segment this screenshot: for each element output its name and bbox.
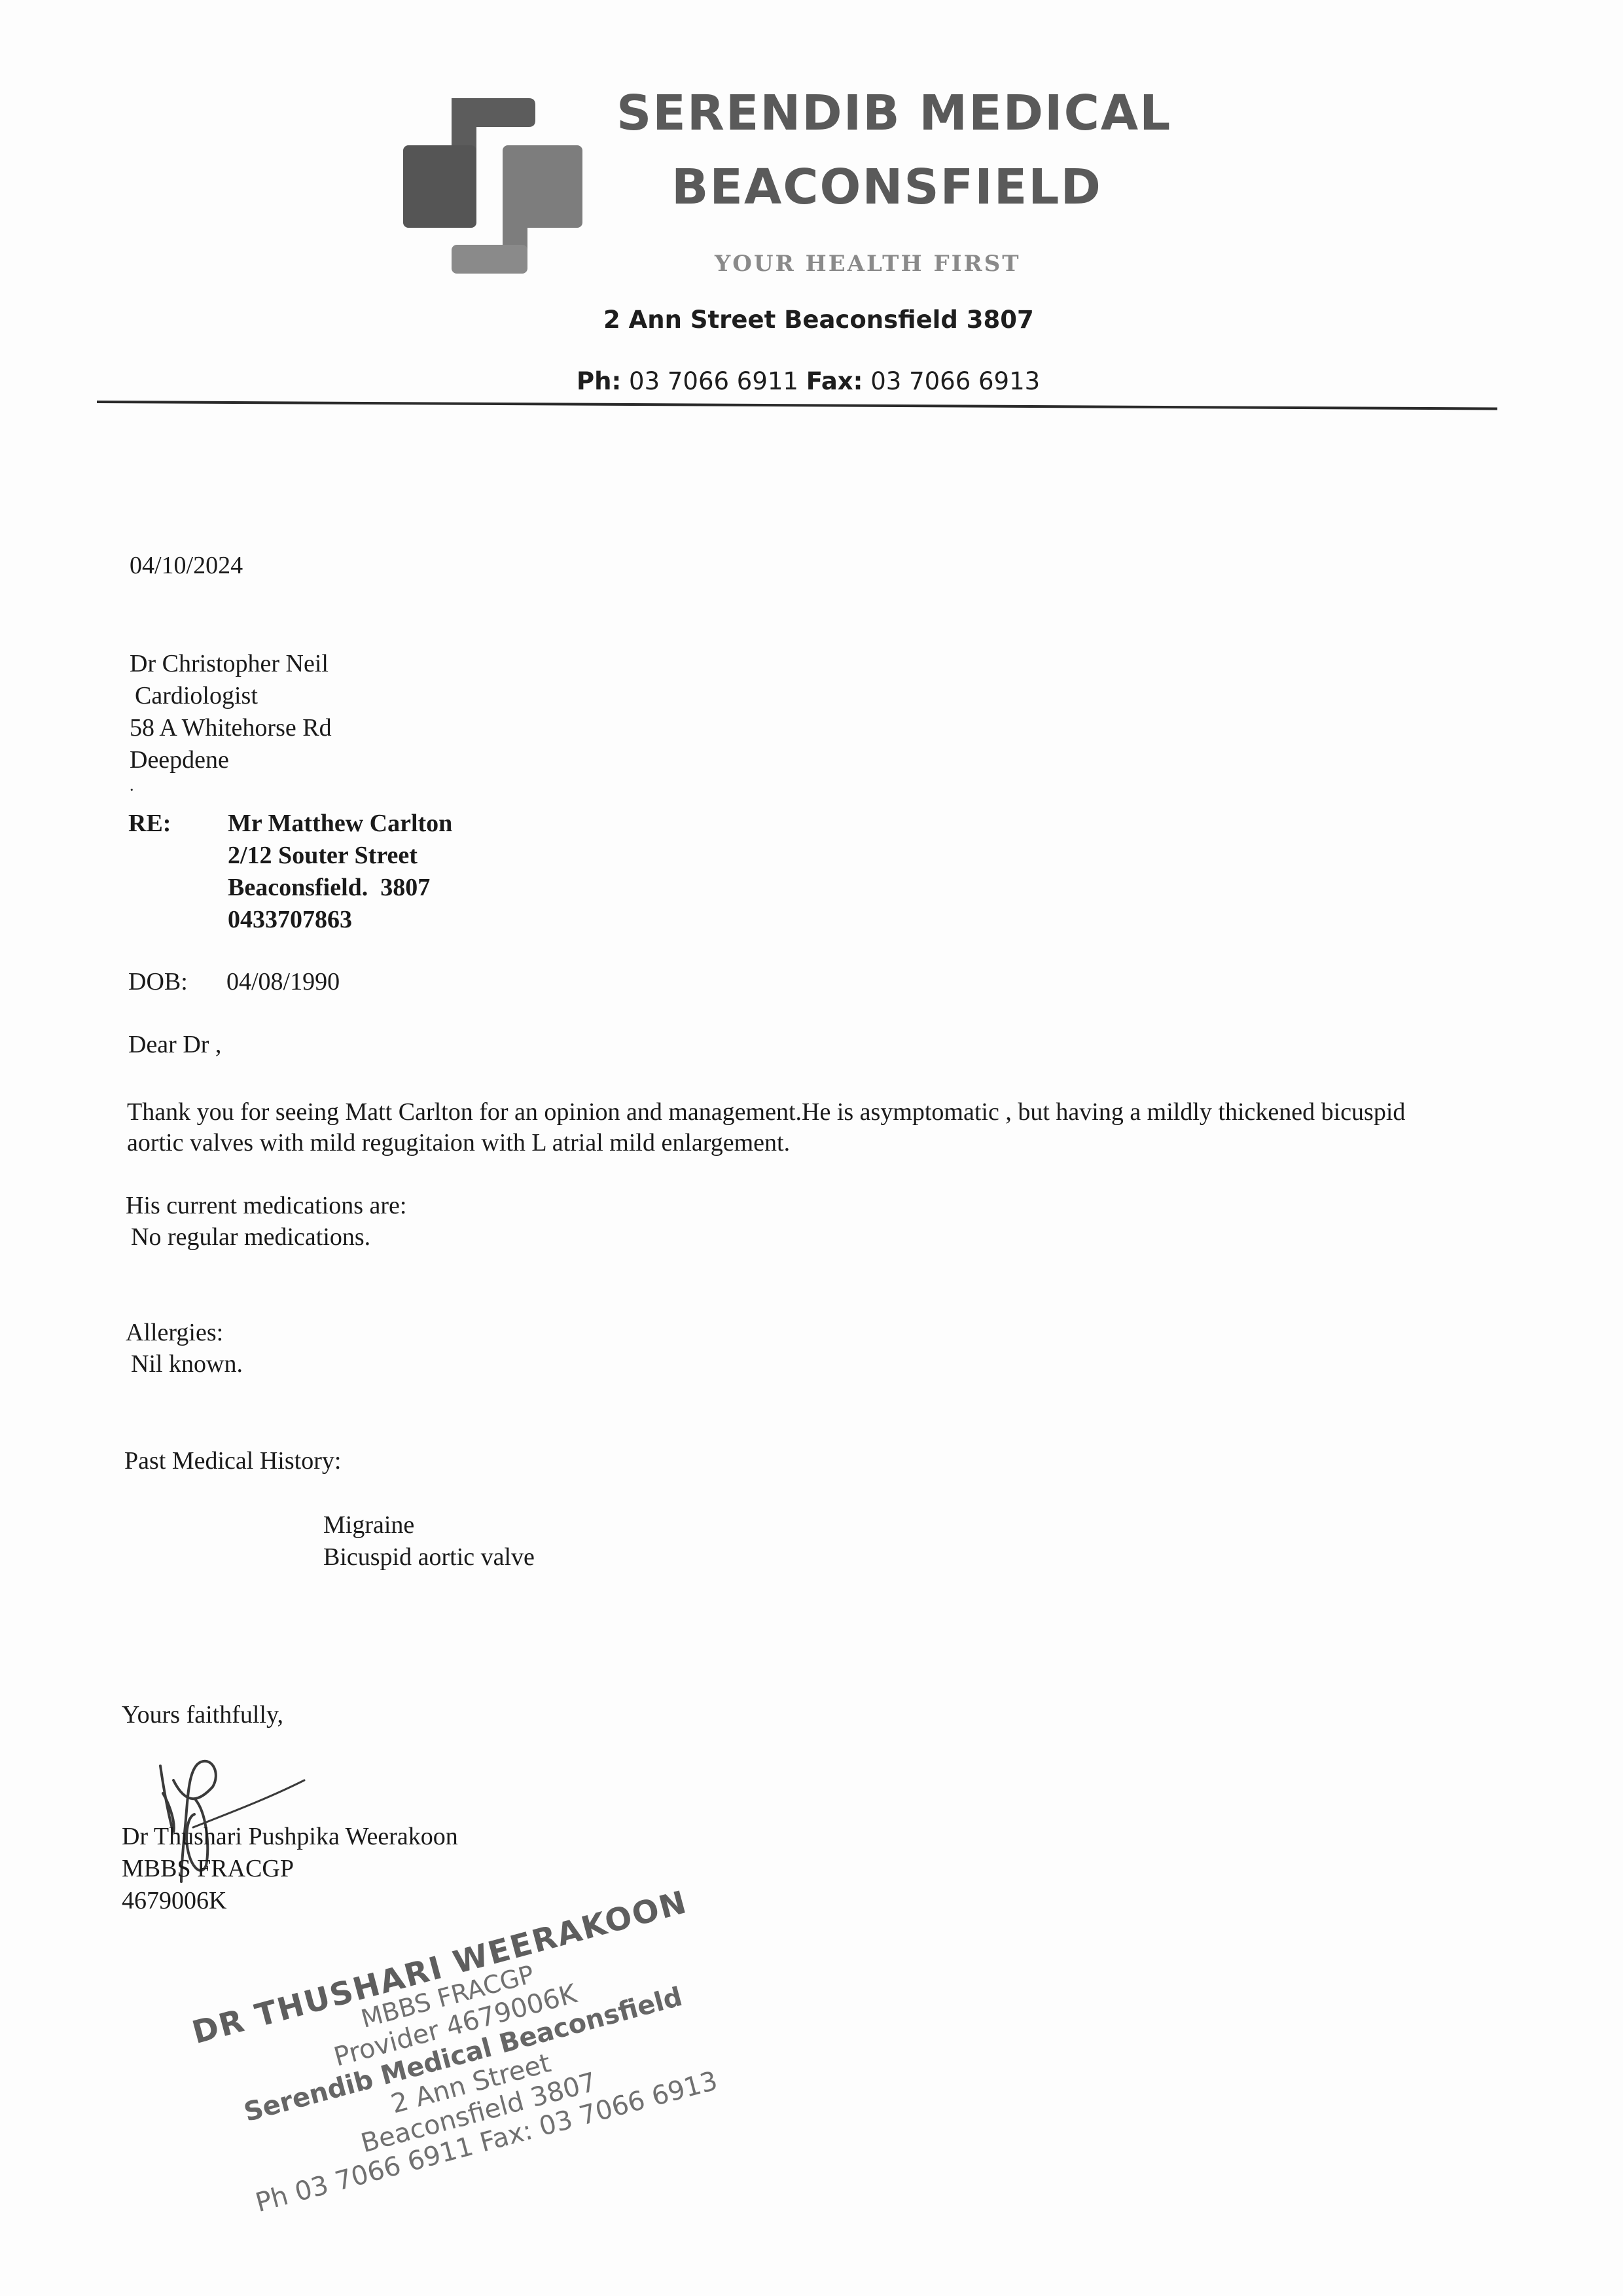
closing: Yours faithfully, bbox=[122, 1699, 283, 1731]
phone-label: Ph: bbox=[577, 367, 621, 395]
fax-label: Fax: bbox=[806, 367, 863, 395]
doctor-rubber-stamp: DR THUSHARI WEERAKOON MBBS FRACGP Provid… bbox=[177, 1884, 749, 2226]
dob-label: DOB: bbox=[128, 966, 188, 998]
salutation: Dear Dr , bbox=[128, 1029, 221, 1061]
medications-value: No regular medications. bbox=[131, 1221, 370, 1253]
body-paragraph: Thank you for seeing Matt Carlton for an… bbox=[127, 1097, 1449, 1158]
patient-suburb: Beaconsfield. 3807 bbox=[228, 872, 430, 904]
signatory-qualifications: MBBS FRACGP bbox=[122, 1853, 294, 1885]
tagline: YOUR HEALTH FIRST bbox=[715, 251, 1021, 277]
letter-page: SERENDIB MEDICAL BEACONSFIELD YOUR HEALT… bbox=[0, 0, 1623, 2296]
recipient-title: Cardiologist bbox=[135, 680, 258, 712]
allergies-value: Nil known. bbox=[131, 1348, 243, 1380]
header-divider bbox=[97, 401, 1497, 410]
phone-number: 03 7066 6911 bbox=[629, 367, 798, 395]
recipient-name: Dr Christopher Neil bbox=[130, 648, 329, 680]
letter-date: 04/10/2024 bbox=[130, 550, 243, 582]
stray-mark: . bbox=[130, 769, 134, 801]
dob-value: 04/08/1990 bbox=[226, 966, 340, 998]
history-heading: Past Medical History: bbox=[124, 1445, 341, 1477]
medications-heading: His current medications are: bbox=[126, 1190, 406, 1222]
allergies-heading: Allergies: bbox=[126, 1317, 223, 1349]
patient-phone: 0433707863 bbox=[228, 904, 352, 936]
recipient-street: 58 A Whitehorse Rd bbox=[130, 712, 332, 744]
history-item: Bicuspid aortic valve bbox=[323, 1541, 535, 1573]
re-label: RE: bbox=[128, 808, 171, 840]
clinic-contact: Ph: 03 7066 6911 Fax: 03 7066 6913 bbox=[577, 367, 1040, 395]
org-name-line2: BEACONSFIELD bbox=[671, 159, 1102, 215]
patient-name: Mr Matthew Carlton bbox=[228, 808, 452, 840]
signatory-provider-number: 4679006K bbox=[122, 1885, 226, 1917]
org-name-line1: SERENDIB MEDICAL bbox=[616, 85, 1171, 141]
recipient-suburb: Deepdene bbox=[130, 744, 229, 776]
fax-number: 03 7066 6913 bbox=[870, 367, 1040, 395]
clinic-address: 2 Ann Street Beaconsfield 3807 bbox=[603, 306, 1034, 334]
patient-street: 2/12 Souter Street bbox=[228, 840, 418, 872]
serendib-medical-logo-icon bbox=[391, 89, 594, 280]
history-item: Migraine bbox=[323, 1509, 414, 1541]
signatory-name: Dr Thushari Pushpika Weerakoon bbox=[122, 1821, 458, 1853]
